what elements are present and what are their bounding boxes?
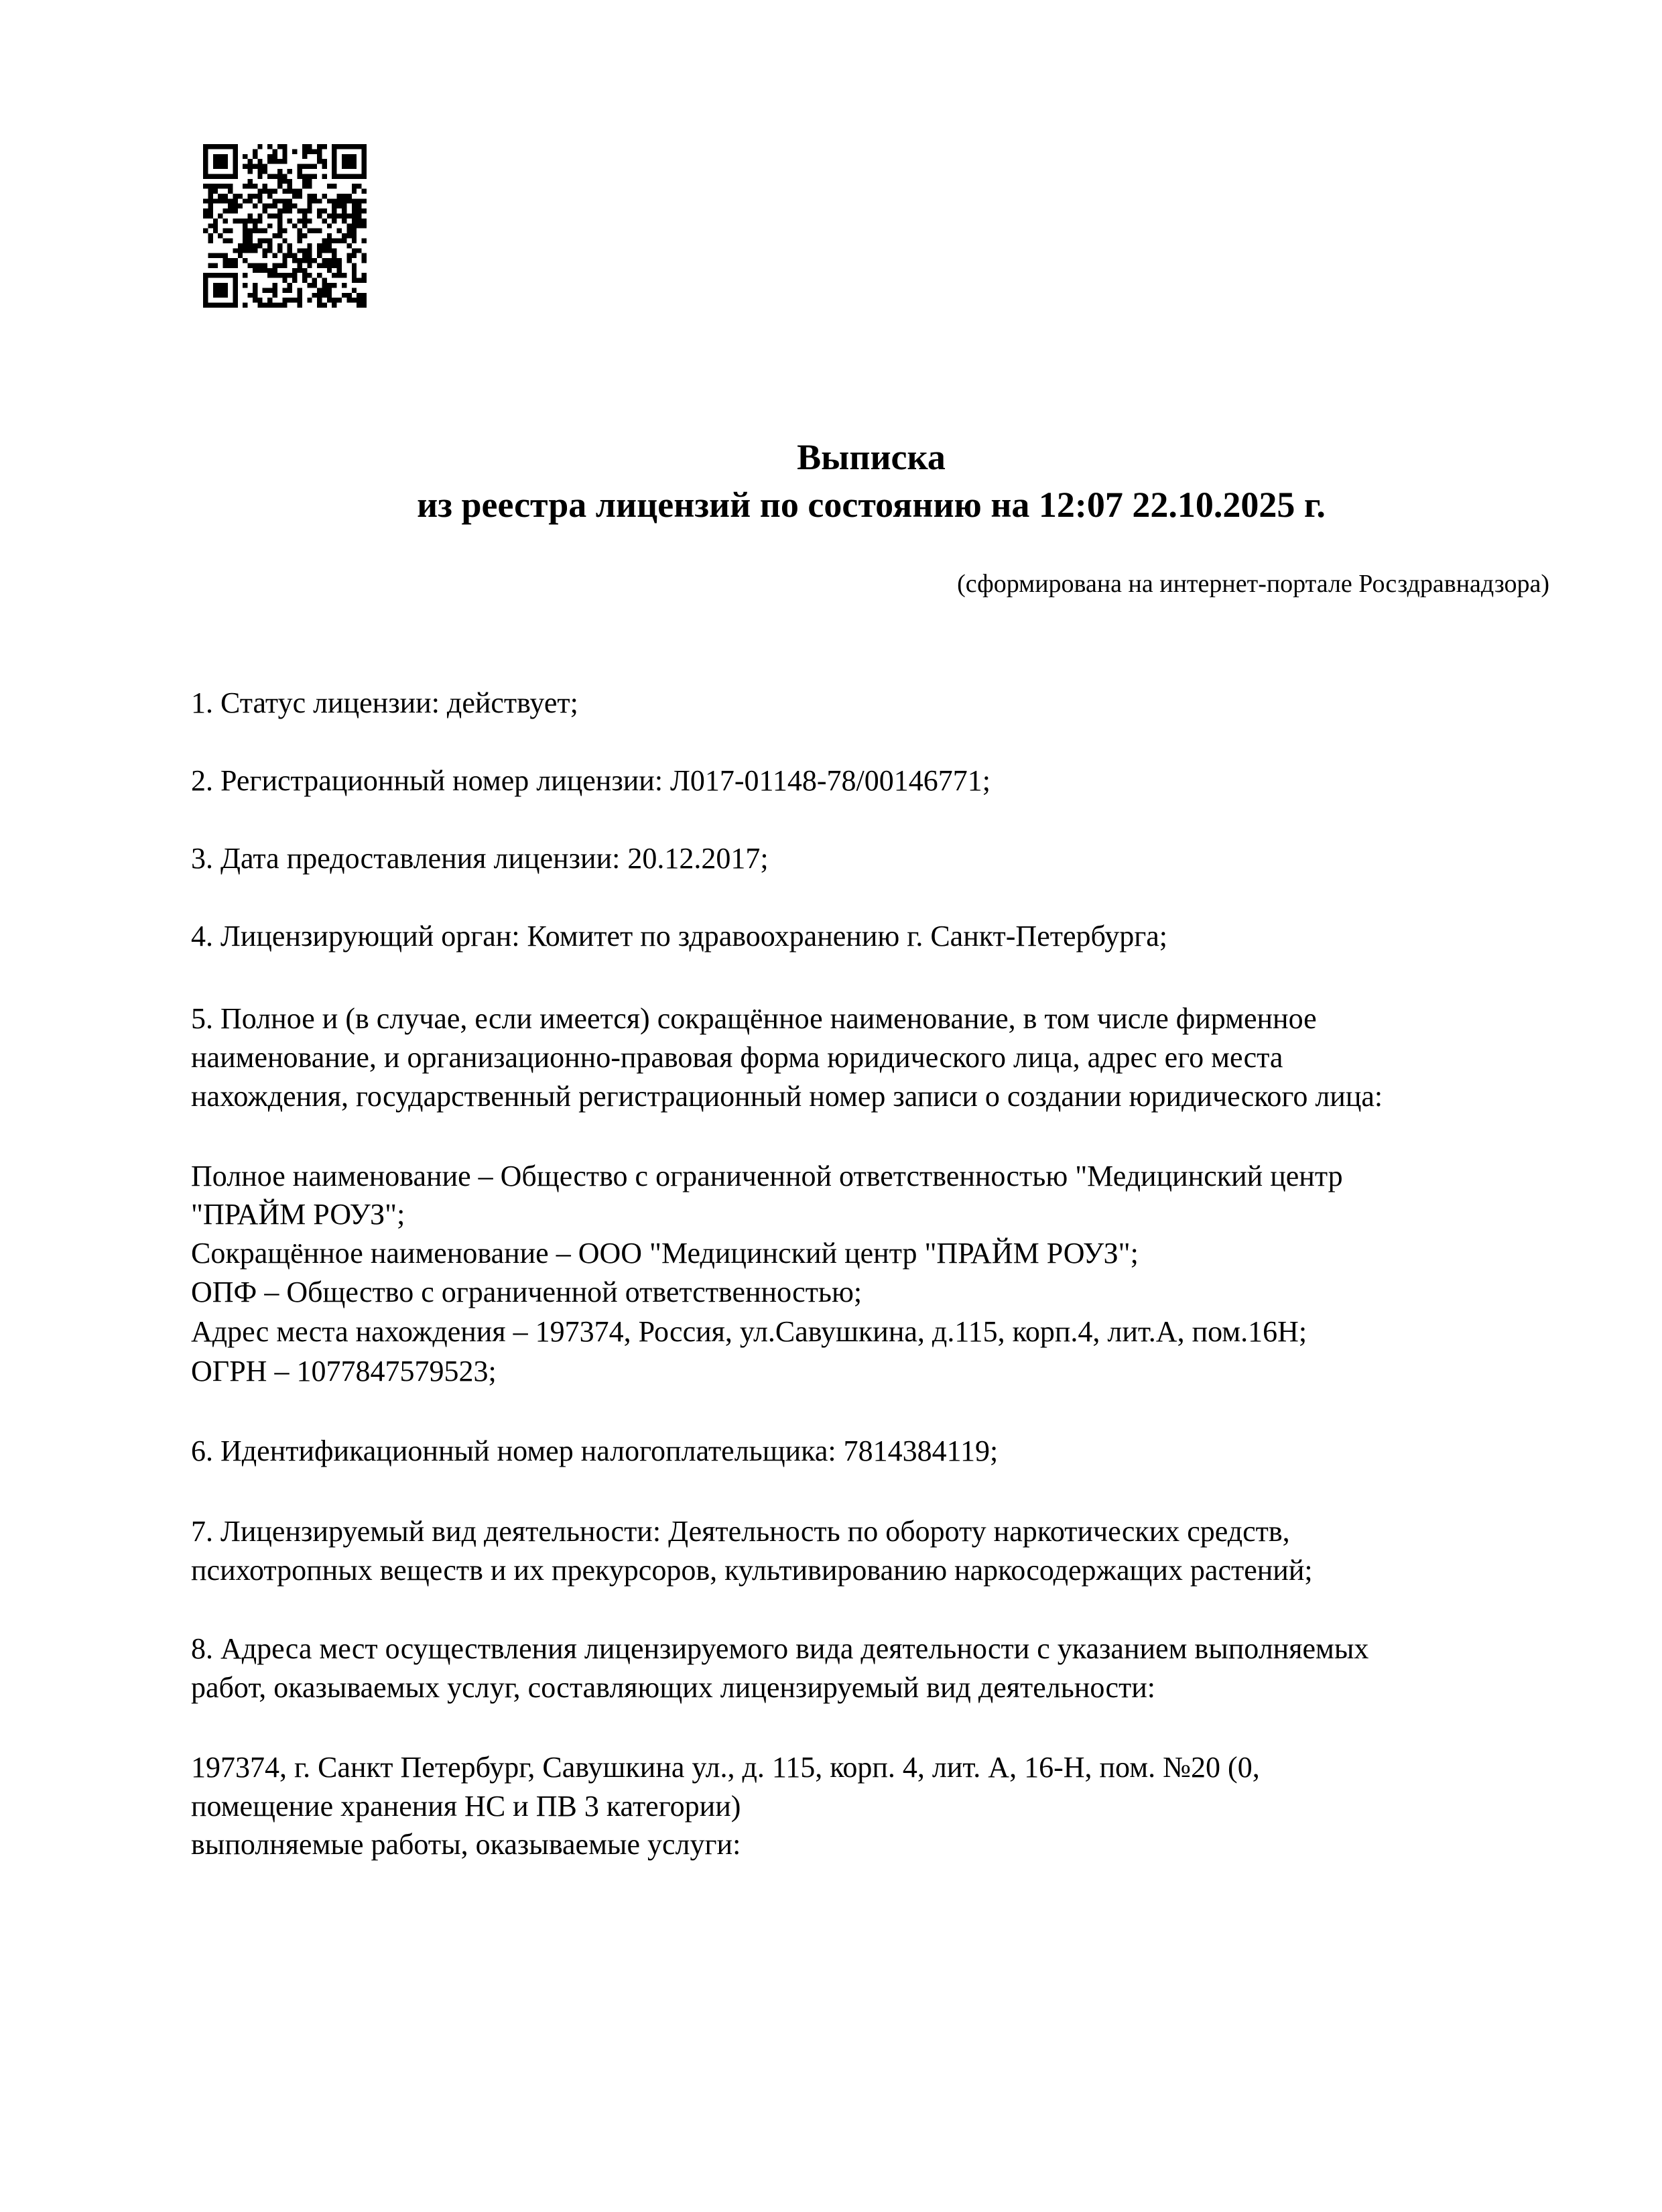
entity-heading-line: 5. Полное и (в случае, если имеется) сок… <box>191 1004 1317 1034</box>
places-heading: работ, оказываемых услуг, составляющих л… <box>191 1673 1155 1703</box>
entity-full-name: Полное наименование – Общество с огранич… <box>191 1162 1343 1191</box>
entity-short-name: Сокращённое наименование – ООО "Медицинс… <box>191 1239 1139 1268</box>
entity-ogrn: ОГРН – 1077847579523; <box>191 1357 497 1386</box>
entity-heading-line: наименование, и организационно-правовая … <box>191 1043 1283 1072</box>
license-date: 3. Дата предоставления лицензии: 20.12.2… <box>191 844 769 873</box>
entity-heading-line: нахождения, государственный регистрацион… <box>191 1082 1383 1111</box>
entity-address: Адрес места нахождения – 197374, Россия,… <box>191 1317 1307 1347</box>
licensed-activity: 7. Лицензируемый вид деятельности: Деяте… <box>191 1517 1290 1546</box>
license-reg-number: 2. Регистрационный номер лицензии: Л017-… <box>191 766 990 796</box>
licensing-authority: 4. Лицензирующий орган: Комитет по здрав… <box>191 922 1167 951</box>
source-note: (сформирована на интернет-портале Росздр… <box>957 571 1549 597</box>
document-title: Выписка <box>0 439 1662 475</box>
place-address: помещение хранения НС и ПВ 3 категории) <box>191 1792 741 1821</box>
place-address: 197374, г. Санкт Петербург, Савушкина ул… <box>191 1753 1260 1782</box>
licensed-activity: психотропных веществ и их прекурсоров, к… <box>191 1556 1313 1585</box>
entity-inn: 6. Идентификационный номер налогоплатель… <box>191 1436 998 1466</box>
entity-full-name: "ПРАЙМ РОУЗ"; <box>191 1200 405 1229</box>
license-status: 1. Статус лицензии: действует; <box>191 688 578 718</box>
document-subtitle: из реестра лицензий по состоянию на 12:0… <box>0 487 1662 523</box>
qr-code-icon <box>203 144 367 308</box>
places-heading: 8. Адреса мест осуществления лицензируем… <box>191 1634 1368 1664</box>
entity-opf: ОПФ – Общество с ограниченной ответствен… <box>191 1278 862 1307</box>
works-label: выполняемые работы, оказываемые услуги: <box>191 1830 741 1859</box>
